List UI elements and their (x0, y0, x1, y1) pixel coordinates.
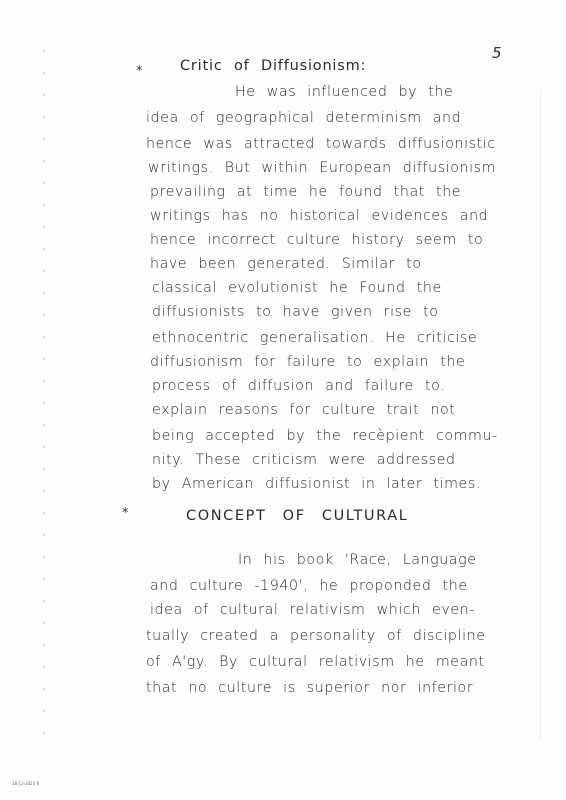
margin-line (540, 90, 541, 740)
text-line: nity. These criticism were addressed (152, 452, 456, 468)
text-line: prevailing at time he found that the (150, 184, 461, 200)
text-line: writings has no historical evidences and (150, 208, 488, 224)
text-line: being accepted by the recèpient commu- (152, 428, 498, 444)
text-line: of A'gy. By cultural relativism he meant (146, 654, 485, 670)
text-line: ethnocentric generalisation. He criticis… (152, 330, 477, 346)
text-line: diffusionists to have given rise to (152, 304, 439, 320)
text-line: idea of cultural relativism which even- (150, 602, 475, 618)
text-line: tually created a personality of discipli… (146, 628, 486, 644)
section-heading-critic: Critic of Diffusionism: (180, 58, 366, 74)
text-line: classical evolutionist he Found the (152, 280, 442, 296)
text-line: diffusionism for failure to explain the (150, 354, 465, 370)
section-heading-concept: CONCEPT OF CULTURAL (186, 508, 408, 524)
text-line: and culture -1940', he proponded the (150, 578, 468, 594)
text-line: that no culture is superior nor inferior (146, 680, 473, 696)
text-line: have been generated. Similar to (150, 256, 422, 272)
notebook-page: 5 * Critic of Diffusionism: He was influ… (0, 0, 566, 800)
bullet-icon: * (122, 506, 129, 521)
text-line: hence incorrect culture history seem to (150, 232, 483, 248)
text-line: hence was attracted towards diffusionist… (146, 136, 496, 152)
text-line: In his book 'Race, Language (238, 552, 477, 568)
text-line: by American diffusionist in later times. (152, 476, 481, 492)
text-line: He was influenced by the (235, 84, 453, 100)
bullet-icon: * (136, 64, 143, 79)
text-line: writings. But within European diffusioni… (148, 160, 496, 176)
text-line: explain reasons for culture trait not (152, 402, 455, 418)
footer-stamp: 28-12-2023 8 (12, 781, 39, 786)
binding-holes (40, 40, 48, 740)
text-line: process of diffusion and failure to. (152, 378, 445, 394)
page-number: 5 (492, 44, 502, 62)
text-line: idea of geographical determinism and (146, 110, 461, 126)
